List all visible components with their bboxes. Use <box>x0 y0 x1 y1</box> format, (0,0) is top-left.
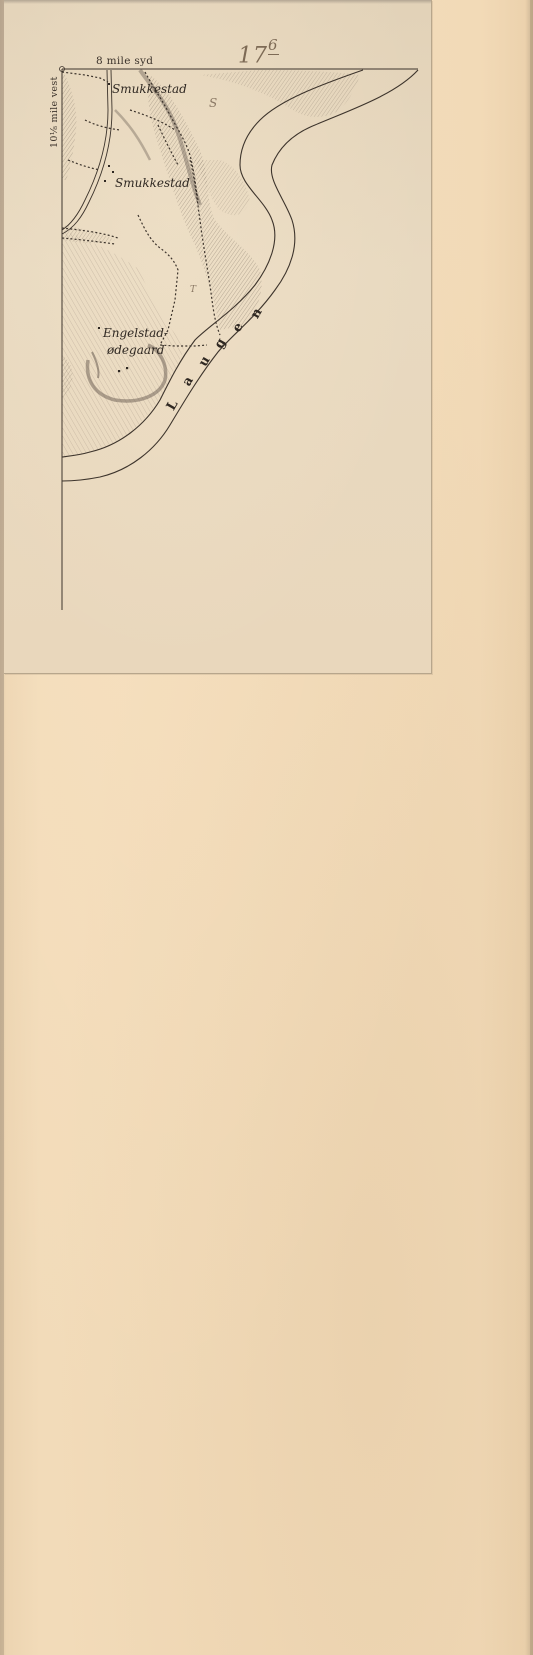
map-drawing <box>0 0 533 673</box>
sheet-number-superscript: 6 <box>268 36 279 55</box>
place-label-engelstad: Engelstad- <box>103 326 168 340</box>
place-label-odegaard: ødegaard <box>107 343 164 357</box>
margin-label-west: 10⅛ mile vest <box>49 76 60 148</box>
map-mark-s: S <box>209 96 217 110</box>
margin-label-south: 8 mile syd <box>96 55 153 67</box>
place-label-smukkestad-north: Smukkestad <box>112 82 187 96</box>
place-label-smukkestad-south: Smukkestad <box>115 176 190 190</box>
handwritten-sheet-number: 176 <box>238 40 279 68</box>
map-mark-t: T <box>190 285 196 295</box>
sheet-number-main: 17 <box>238 43 268 68</box>
